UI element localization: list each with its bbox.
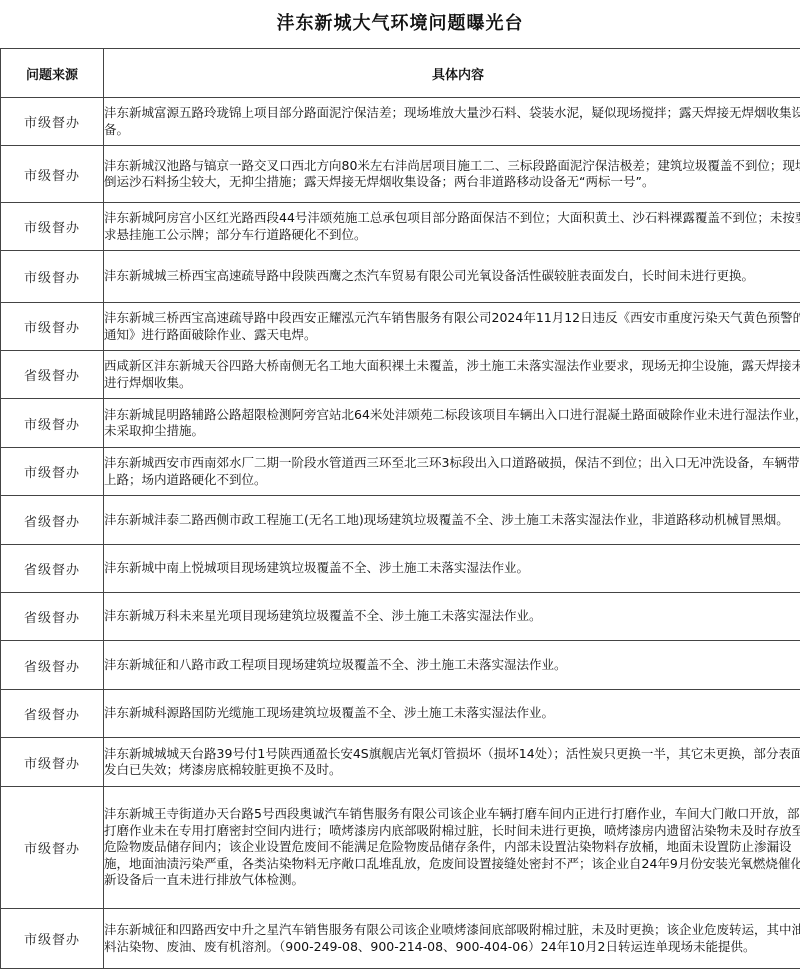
row-source: 省级督办 — [1, 496, 104, 545]
table-row: 市级督办 沣东新城汉池路与镐京一路交叉口西北方向80米左右沣尚居项目施工二、三标… — [1, 146, 800, 203]
row-content: 沣东新城昆明路辅路公路超限检测阿旁宫站北64米处沣颂苑二标段该项目车辆出入口进行… — [104, 399, 800, 448]
row-content: 沣东新城汉池路与镐京一路交叉口西北方向80米左右沣尚居项目施工二、三标段路面泥泞… — [104, 146, 800, 203]
table-row: 市级督办 沣东新城三桥西宝高速疏导路中段西安正耀泓元汽车销售服务有限公司2024… — [1, 303, 800, 351]
table-row: 市级督办 沣东新城城城天台路39号付1号陕西通盈长安4S旗舰店光氧灯管损坏（损坏… — [1, 738, 800, 787]
table-row: 市级督办 沣东新城王寺街道办天台路5号西段奥诚汽车销售服务有限公司该企业车辆打磨… — [1, 787, 800, 909]
table-row: 市级督办 沣东新城富源五路玲珑锦上项目部分路面泥泞保洁差；现场堆放大量沙石料、袋… — [1, 98, 800, 146]
row-content: 沣东新城征和八路市政工程项目现场建筑垃圾覆盖不全、涉土施工未落实湿法作业。 — [104, 641, 800, 690]
row-source: 市级督办 — [1, 909, 104, 969]
table-row: 省级督办 沣东新城征和八路市政工程项目现场建筑垃圾覆盖不全、涉土施工未落实湿法作… — [1, 641, 800, 690]
row-content: 沣东新城三桥西宝高速疏导路中段西安正耀泓元汽车销售服务有限公司2024年11月1… — [104, 303, 800, 351]
row-source: 省级督办 — [1, 690, 104, 738]
row-source: 市级督办 — [1, 146, 104, 203]
table-row: 省级督办 沣东新城万科未来星光项目现场建筑垃圾覆盖不全、涉土施工未落实湿法作业。 — [1, 593, 800, 641]
row-source: 市级督办 — [1, 787, 104, 909]
page-title: 沣东新城大气环境问题曝光台 — [0, 10, 800, 38]
row-source: 省级督办 — [1, 351, 104, 399]
row-content: 沣东新城中南上悦城项目现场建筑垃圾覆盖不全、涉土施工未落实湿法作业。 — [104, 545, 800, 593]
table-row: 市级督办 沣东新城征和四路西安中升之星汽车销售服务有限公司该企业喷烤漆间底部吸附… — [1, 909, 800, 969]
table-row: 市级督办 沣东新城西安市西南郊水厂二期一阶段水管道西三环至北三环3标段出入口道路… — [1, 448, 800, 496]
row-source: 市级督办 — [1, 98, 104, 146]
table-row: 市级督办 沣东新城城三桥西宝高速疏导路中段陕西鹰之杰汽车贸易有限公司光氧设备活性… — [1, 251, 800, 303]
row-content: 沣东新城征和四路西安中升之星汽车销售服务有限公司该企业喷烤漆间底部吸附棉过脏，未… — [104, 909, 800, 969]
table-row: 省级督办 沣东新城科源路国防光缆施工现场建筑垃圾覆盖不全、涉土施工未落实湿法作业… — [1, 690, 800, 738]
table-row: 市级督办 沣东新城阿房宫小区红光路西段44号沣颂苑施工总承包项目部分路面保洁不到… — [1, 203, 800, 251]
row-content: 沣东新城万科未来星光项目现场建筑垃圾覆盖不全、涉土施工未落实湿法作业。 — [104, 593, 800, 641]
row-content: 西咸新区沣东新城天谷四路大桥南侧无名工地大面积裸土未覆盖，涉土施工未落实湿法作业… — [104, 351, 800, 399]
table-row: 省级督办 西咸新区沣东新城天谷四路大桥南侧无名工地大面积裸土未覆盖，涉土施工未落… — [1, 351, 800, 399]
issues-table: 问题来源 具体内容 市级督办 沣东新城富源五路玲珑锦上项目部分路面泥泞保洁差；现… — [0, 48, 800, 969]
table-header-row: 问题来源 具体内容 — [1, 49, 800, 98]
row-content: 沣东新城王寺街道办天台路5号西段奥诚汽车销售服务有限公司该企业车辆打磨车间内正进… — [104, 787, 800, 909]
table-row: 省级督办 沣东新城中南上悦城项目现场建筑垃圾覆盖不全、涉土施工未落实湿法作业。 — [1, 545, 800, 593]
row-source: 市级督办 — [1, 303, 104, 351]
column-header-content: 具体内容 — [104, 49, 800, 98]
table-row: 省级督办 沣东新城沣泰二路西侧市政工程施工(无名工地)现场建筑垃圾覆盖不全、涉土… — [1, 496, 800, 545]
row-source: 市级督办 — [1, 448, 104, 496]
row-content: 沣东新城西安市西南郊水厂二期一阶段水管道西三环至北三环3标段出入口道路破损，保洁… — [104, 448, 800, 496]
row-content: 沣东新城科源路国防光缆施工现场建筑垃圾覆盖不全、涉土施工未落实湿法作业。 — [104, 690, 800, 738]
row-source: 市级督办 — [1, 738, 104, 787]
row-content: 沣东新城城城天台路39号付1号陕西通盈长安4S旗舰店光氧灯管损坏（损坏14处）；… — [104, 738, 800, 787]
row-source: 省级督办 — [1, 641, 104, 690]
row-source: 省级督办 — [1, 593, 104, 641]
row-content: 沣东新城城三桥西宝高速疏导路中段陕西鹰之杰汽车贸易有限公司光氧设备活性碳较脏表面… — [104, 251, 800, 303]
row-source: 市级督办 — [1, 399, 104, 448]
row-content: 沣东新城沣泰二路西侧市政工程施工(无名工地)现场建筑垃圾覆盖不全、涉土施工未落实… — [104, 496, 800, 545]
row-source: 省级督办 — [1, 545, 104, 593]
column-header-source: 问题来源 — [1, 49, 104, 98]
table-row: 市级督办 沣东新城昆明路辅路公路超限检测阿旁宫站北64米处沣颂苑二标段该项目车辆… — [1, 399, 800, 448]
row-content: 沣东新城阿房宫小区红光路西段44号沣颂苑施工总承包项目部分路面保洁不到位；大面积… — [104, 203, 800, 251]
row-source: 市级督办 — [1, 203, 104, 251]
row-content: 沣东新城富源五路玲珑锦上项目部分路面泥泞保洁差；现场堆放大量沙石料、袋装水泥，疑… — [104, 98, 800, 146]
row-source: 市级督办 — [1, 251, 104, 303]
